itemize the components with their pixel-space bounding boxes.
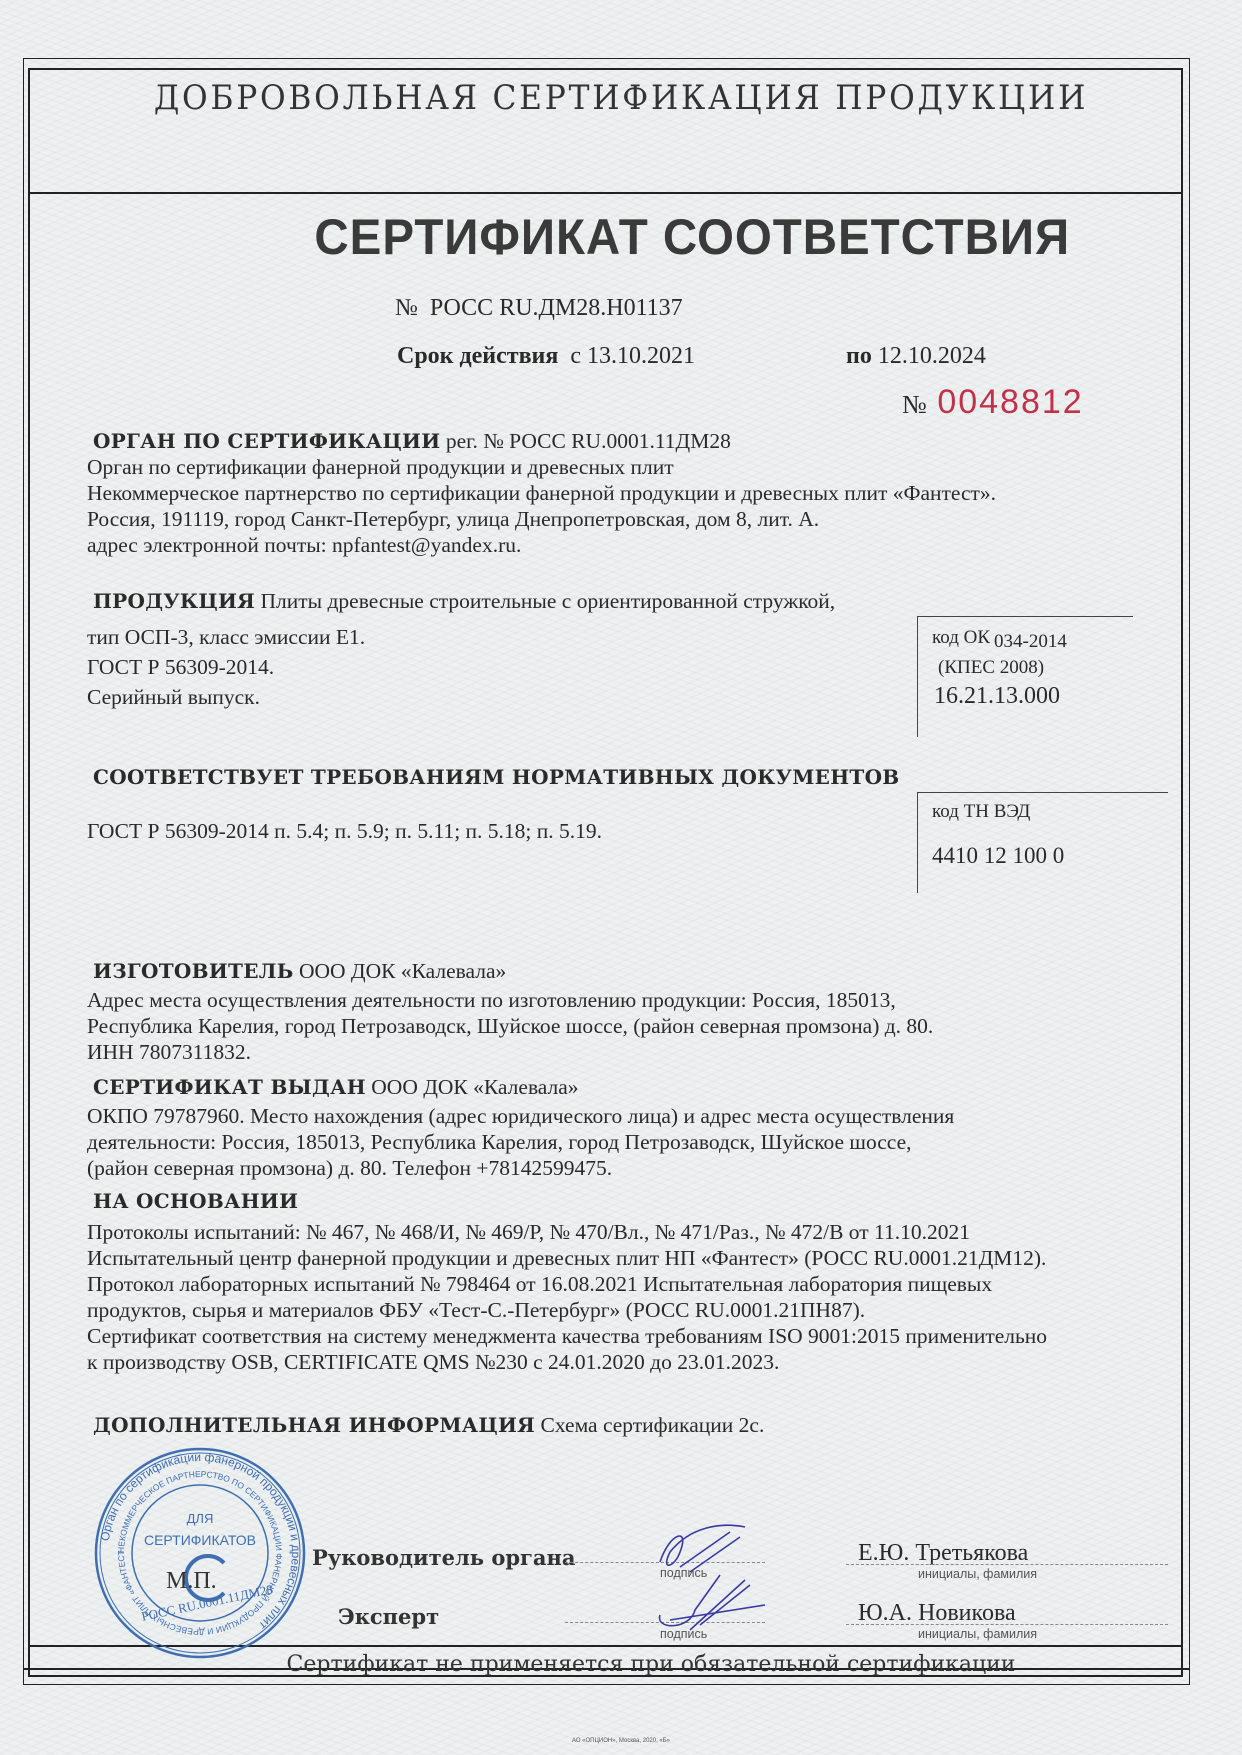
product-line: Серийный выпуск.	[87, 684, 835, 710]
additional-info-text: Схема сертификации 2с.	[540, 1413, 764, 1437]
blank-serial-number: № 0048812	[902, 383, 1084, 422]
svg-text:М.П.: М.П.	[166, 1568, 217, 1594]
certification-body-line: адрес электронной почты: npfantest@yande…	[87, 532, 996, 558]
issued-to-section: СЕРТИФИКАТ ВЫДАН ООО ДОК «Калевала» ОКПО…	[93, 1074, 954, 1181]
product-line: тип ОСП-3, класс эмиссии Е1.	[87, 624, 835, 650]
ok-code-standard: 034-2014	[994, 631, 1067, 652]
validity-label: Срок действия	[397, 343, 558, 369]
head-name-caption: инициалы, фамилия	[918, 1567, 1037, 1581]
expert-name: Ю.А. Новикова	[858, 1600, 1016, 1627]
expert-label: Эксперт	[338, 1604, 439, 1629]
ok-code-classifier: (КПЕС 2008)	[938, 657, 1044, 679]
tnved-code-label: код ТН ВЭД	[932, 801, 1030, 823]
manufacturer-section: ИЗГОТОВИТЕЛЬ ООО ДОК «Калевала» Адрес ме…	[93, 958, 933, 1065]
validity-from-date: 13.10.2021	[587, 343, 695, 369]
additional-info-section: ДОПОЛНИТЕЛЬНАЯ ИНФОРМАЦИЯ Схема сертифик…	[93, 1412, 764, 1438]
issued-to-name: ООО ДОК «Калевала»	[371, 1075, 578, 1099]
basis-line: продуктов, сырья и материалов ФБУ «Тест-…	[87, 1297, 1047, 1323]
manufacturer-line: Адрес места осуществления деятельности п…	[87, 987, 933, 1013]
basis-line: к производству OSB, CERTIFICATE QMS №230…	[87, 1349, 1047, 1375]
certification-body-reg: рег. № РОСС RU.0001.11ДМ28	[446, 429, 731, 453]
ok-code-box: код ОК 034-2014 (КПЕС 2008) 16.21.13.000	[917, 616, 1133, 737]
svg-text:ДЛЯ: ДЛЯ	[187, 1511, 214, 1526]
number-sign: №	[395, 295, 418, 321]
tnved-code-box: код ТН ВЭД 4410 12 100 0	[917, 792, 1168, 893]
issued-to-line: ОКПО 79787960. Место нахождения (адрес ю…	[87, 1103, 954, 1129]
document-main-title: СЕРТИФИКАТ СООТВЕТСТВИЯ	[31, 208, 1211, 266]
official-seal: Орган по сертификации фанерной продукции…	[92, 1445, 308, 1661]
validity-from-prefix: с	[570, 343, 581, 369]
issued-to-heading: СЕРТИФИКАТ ВЫДАН	[93, 1075, 366, 1099]
certification-body-line: Орган по сертификации фанерной продукции…	[87, 454, 996, 480]
ok-code-label: код ОК	[932, 627, 990, 648]
tnved-code-value: 4410 12 100 0	[932, 843, 1064, 869]
validity-to-date: 12.10.2024	[878, 343, 986, 369]
compliance-standards: ГОСТ Р 56309-2014 п. 5.4; п. 5.9; п. 5.1…	[87, 818, 900, 844]
validity-to-prefix: по	[846, 343, 872, 369]
issued-to-line: (район северная промзона) д. 80. Телефон…	[87, 1155, 954, 1181]
compliance-heading: СООТВЕТСТВУЕТ ТРЕБОВАНИЯМ НОРМАТИВНЫХ ДО…	[93, 764, 900, 790]
basis-line: Протокол лабораторных испытаний № 798464…	[87, 1271, 1047, 1297]
certification-body-line: Некоммерческое партнерство по сертификац…	[87, 480, 996, 506]
validity-end: по 12.10.2024	[846, 343, 986, 370]
certification-body-line: Россия, 191119, город Санкт-Петербург, у…	[87, 506, 996, 532]
registration-number: № РОСС RU.ДМ28.Н01137	[395, 295, 683, 322]
product-section: ПРОДУКЦИЯ Плиты древесные строительные с…	[93, 588, 835, 710]
blank-number-sign: №	[902, 390, 927, 419]
head-name-line	[846, 1564, 1168, 1565]
seal-icon: Орган по сертификации фанерной продукции…	[92, 1445, 308, 1661]
compliance-section: СООТВЕТСТВУЕТ ТРЕБОВАНИЯМ НОРМАТИВНЫХ ДО…	[93, 764, 900, 844]
basis-line: Испытательный центр фанерной продукции и…	[87, 1245, 1047, 1271]
expert-name-caption: инициалы, фамилия	[918, 1627, 1037, 1641]
ok-code-value: 16.21.13.000	[934, 683, 1060, 710]
printer-imprint: АО «ОПЦИОН», Москва, 2020, «Б»	[0, 1738, 1242, 1744]
product-description: Плиты древесные строительные с ориентиро…	[261, 589, 836, 613]
mandatory-certification-note: Сертификат не применяется при обязательн…	[0, 1652, 1242, 1677]
basis-line: Протоколы испытаний: № 467, № 468/И, № 4…	[87, 1219, 1047, 1245]
head-of-body-name: Е.Ю. Третьякова	[858, 1540, 1028, 1567]
registration-number-value: РОСС RU.ДМ28.Н01137	[430, 295, 683, 321]
basis-section: НА ОСНОВАНИИ Протоколы испытаний: № 467,…	[93, 1188, 1047, 1375]
blank-number-value: 0048812	[937, 383, 1083, 421]
certification-body-heading: ОРГАН ПО СЕРТИФИКАЦИИ	[93, 429, 440, 453]
manufacturer-line: Республика Карелия, город Петрозаводск, …	[87, 1013, 933, 1039]
head-of-body-label: Руководитель органа	[312, 1545, 575, 1570]
product-line: ГОСТ Р 56309-2014.	[87, 654, 835, 680]
svg-text:СЕРТИФИКАТОВ: СЕРТИФИКАТОВ	[144, 1532, 256, 1548]
product-heading: ПРОДУКЦИЯ	[93, 589, 255, 613]
expert-name-line	[846, 1624, 1168, 1625]
expert-signature-caption: подпись	[660, 1627, 707, 1641]
certification-body-section: ОРГАН ПО СЕРТИФИКАЦИИ рег. № РОСС RU.000…	[93, 428, 996, 558]
header-divider	[28, 192, 1181, 194]
validity-period: Срок действия с 13.10.2021	[397, 343, 695, 370]
issued-to-line: деятельности: Россия, 185013, Республика…	[87, 1129, 954, 1155]
basis-heading: НА ОСНОВАНИИ	[93, 1188, 1047, 1214]
manufacturer-name: ООО ДОК «Калевала»	[299, 959, 506, 983]
document-category-title: ДОБРОВОЛЬНАЯ СЕРТИФИКАЦИЯ ПРОДУКЦИИ	[50, 78, 1193, 118]
manufacturer-line: ИНН 7807311832.	[87, 1039, 933, 1065]
additional-info-heading: ДОПОЛНИТЕЛЬНАЯ ИНФОРМАЦИЯ	[93, 1413, 535, 1437]
basis-line: Сертификат соответствия на систему менед…	[87, 1323, 1047, 1349]
manufacturer-heading: ИЗГОТОВИТЕЛЬ	[93, 959, 294, 983]
